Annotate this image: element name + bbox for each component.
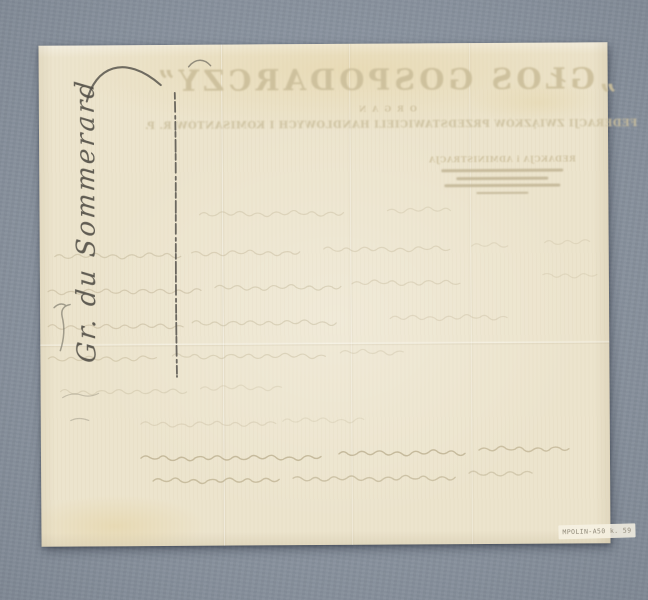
ghost-handwriting-stroke: [201, 385, 282, 391]
ghost-handwriting-stroke: [172, 353, 325, 360]
pencil-faint-strokes: [63, 393, 99, 420]
ghost-handwriting-stroke: [141, 421, 276, 427]
ghost-handwriting-stroke: [61, 389, 187, 395]
ghost-redakcja-heading: REDAKCJA i ADMINISTRACJA: [428, 154, 575, 163]
ghost-handwriting-stroke: [192, 320, 336, 326]
ghost-address-lines: [437, 169, 567, 199]
catalog-number-label: MPOLIN-A50 k. 59: [558, 523, 635, 539]
ghost-handwriting-stroke: [48, 324, 183, 330]
ghost-address-line: [476, 191, 528, 193]
ghost-handwriting-stroke: [543, 273, 597, 278]
ghost-handwriting-stroke: [352, 280, 460, 286]
ghost-handwriting-stroke: [469, 471, 532, 476]
ghost-subtitle-line: FEDERACJI ZWIĄZKÓW PRZEDSTAWICIELI HANDL…: [145, 119, 638, 132]
ghost-handwriting-stroke: [293, 475, 455, 482]
ghost-handwriting-stroke: [192, 250, 300, 256]
ghost-handwriting-stroke: [545, 240, 590, 245]
ghost-handwriting-stroke: [472, 243, 508, 248]
ghost-handwriting-stroke: [324, 246, 450, 252]
ghost-masthead-title: „GŁOS GOSPODARCZY”: [154, 64, 616, 96]
ghost-handwriting-stroke: [390, 314, 507, 320]
ghost-handwriting-stroke: [141, 455, 321, 461]
pencil-vertical-line: [175, 93, 177, 377]
ghost-address-line: [444, 184, 560, 188]
ghost-organ-line: ORGAN: [353, 104, 417, 112]
ghost-handwriting-stroke: [339, 450, 465, 456]
pencil-inscription: Gr. du Sommerard: [73, 90, 101, 365]
ghost-handwriting-stroke: [153, 477, 279, 483]
ghost-handwriting-stroke: [48, 289, 201, 295]
ghost-handwriting-stroke: [387, 207, 450, 213]
document-sheet: „GŁOS GOSPODARCZY” ORGAN FEDERACJI ZWIĄZ…: [38, 42, 610, 546]
scan-background: „GŁOS GOSPODARCZY” ORGAN FEDERACJI ZWIĄZ…: [0, 0, 648, 600]
ghost-address-line: [441, 169, 563, 173]
ghost-handwriting-stroke: [479, 446, 569, 452]
ghost-address-line: [456, 176, 548, 180]
ghost-handwriting-stroke: [215, 284, 341, 290]
fold-crease-horizontal: [40, 340, 609, 347]
